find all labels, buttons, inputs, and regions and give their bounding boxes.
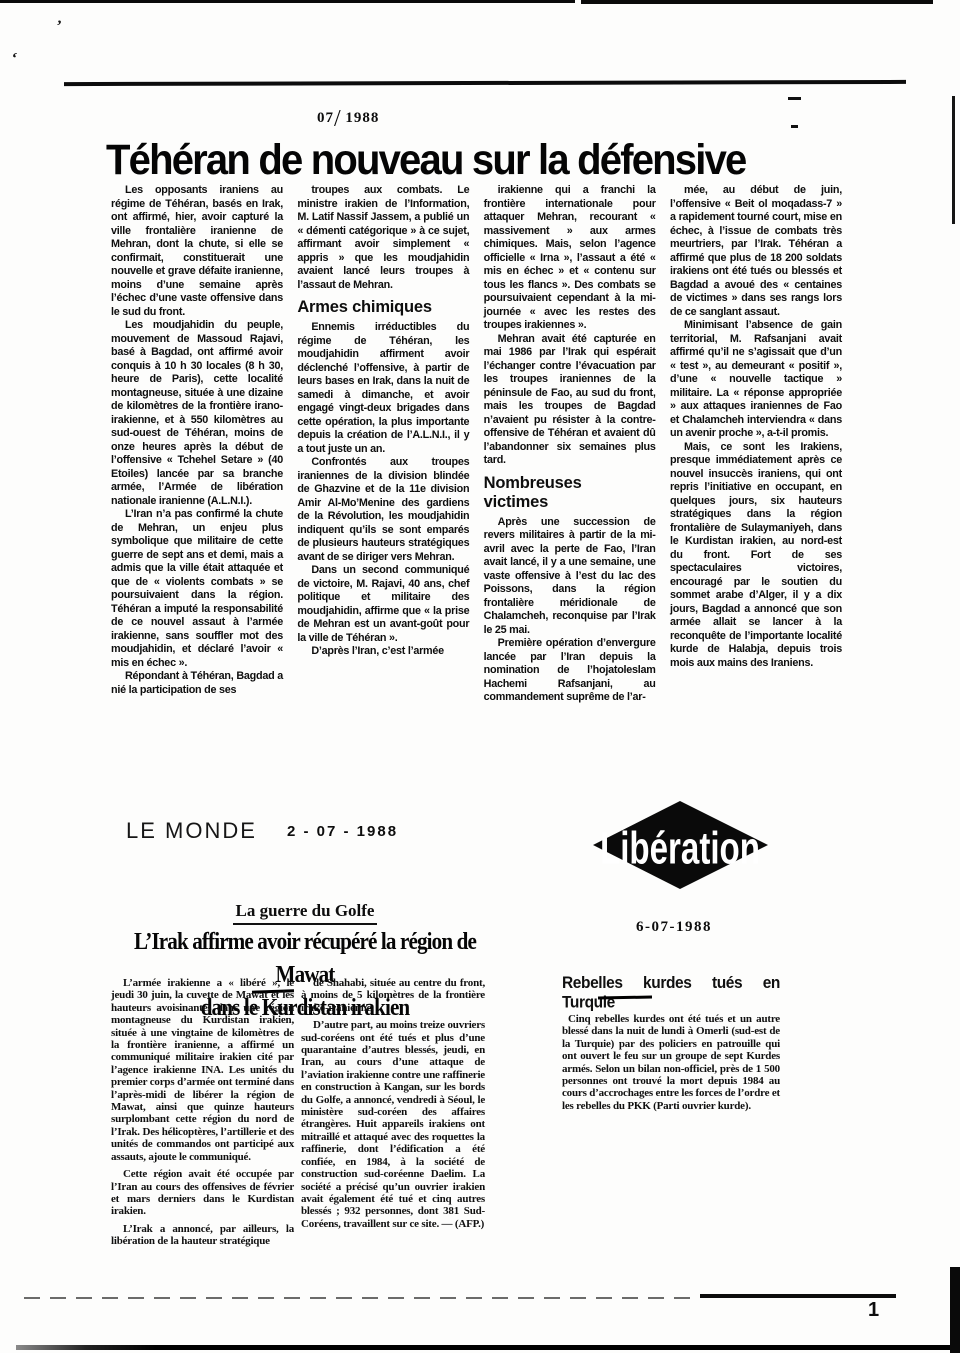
lemonde-date: 2 - 07 - 1988 [287, 823, 398, 840]
article-paragraph: Cette région avait été occupée par l’Ira… [111, 1168, 294, 1218]
ink-mark [791, 125, 798, 128]
article-paragraph: Minimisant l’absence de gain territorial… [670, 319, 842, 441]
newspaper-page: ’ ‘ 07/ 1988 Téhéran de nouveau sur la d… [0, 0, 960, 1353]
article-paragraph: L’armée irakienne a « libéré », le jeudi… [111, 977, 294, 1163]
page-folio: 07/ 1988 [317, 106, 379, 133]
liberation-column-3: Rebelles kurdes tués en Turquie Cinq reb… [562, 974, 780, 1112]
folio-month: 07 [317, 110, 334, 126]
article-paragraph: de Shahabi, située au centre du front, à… [301, 977, 485, 1014]
subhead-line: victimes [484, 493, 548, 511]
article-paragraph: irakienne qui a franchi la frontière int… [484, 184, 656, 333]
ink-speck: ’ [55, 18, 63, 37]
scan-edge-bar [950, 1267, 960, 1353]
article-paragraph: L’Iran n’a pas confirmé la chute de Mehr… [111, 508, 283, 670]
source-lemonde: LE MONDE [126, 818, 257, 844]
article-paragraph: mée, au début de juin, l’offensive « Bei… [670, 184, 842, 319]
article-paragraph: Première opération d’envergure lancée pa… [484, 637, 656, 705]
logo-text: Libération [600, 822, 760, 874]
liberation-logo: Libération [593, 799, 768, 891]
article-paragraph: Les opposants iraniens au régime de Téhé… [111, 184, 283, 319]
ink-mark [788, 97, 801, 100]
article-paragraph: Mehran avait été capturée en mai 1986 pa… [484, 333, 656, 468]
liberation-date: 6-07-1988 [636, 919, 712, 936]
footer-rule [700, 1294, 896, 1298]
article-paragraph: Dans un second communiqué de victoire, M… [297, 564, 469, 645]
folio-slash: / [334, 106, 341, 132]
article-column-1: Les opposants iraniens au régime de Téhé… [111, 184, 283, 705]
footer-dotted-line [24, 1297, 700, 1299]
article-paragraph: troupes aux combats. Le ministre irakien… [297, 184, 469, 292]
scan-edge-line [581, 0, 933, 4]
article-paragraph: Mais, ce sont les Irakiens, presque immé… [670, 441, 842, 671]
article-paragraph: Les moudjahidin du peuple, mouvement de … [111, 319, 283, 508]
folio-year: 1988 [345, 110, 379, 126]
rubric: La guerre du Golfe [95, 901, 515, 921]
article-paragraph: D’après l’Iran, c’est l’armée [297, 645, 469, 659]
subhead-line: Nombreuses [484, 474, 582, 492]
section-subhead: Armes chimiques [297, 298, 469, 317]
horizontal-rule [64, 80, 906, 86]
rubric-label: La guerre du Golfe [233, 901, 378, 925]
article-paragraph: Répondant à Téhéran, Bagdad a nié la par… [111, 670, 283, 697]
liberation-column-1: L’armée irakienne a « libéré », le jeudi… [111, 977, 294, 1253]
article-column-2: troupes aux combats. Le ministre irakien… [297, 184, 469, 705]
article-paragraph: Confrontés aux troupes iraniennes de la … [297, 456, 469, 564]
lemonde-headline: Téhéran de nouveau sur la défensive [106, 137, 866, 185]
ink-speck: ‘ [9, 50, 19, 69]
article-paragraph: Cinq rebelles kurdes ont été tués et un … [562, 1013, 780, 1112]
scan-edge-line [0, 0, 575, 3]
article-paragraph: L’Irak a annoncé, par ailleurs, la libér… [111, 1223, 294, 1248]
article-paragraph: D’autre part, au moins treize ouvriers s… [301, 1019, 485, 1230]
brief-headline: Rebelles kurdes tués en Turquie [562, 974, 780, 1013]
page-number: 1 [868, 1299, 879, 1322]
scan-edge-bar [16, 1345, 960, 1350]
scan-edge-line [952, 96, 955, 224]
liberation-column-2: de Shahabi, située au centre du front, à… [301, 977, 485, 1235]
section-subhead: Nombreusesvictimes [484, 474, 656, 512]
article-column-3: irakienne qui a franchi la frontière int… [484, 184, 656, 705]
article-column-4: mée, au début de juin, l’offensive « Bei… [670, 184, 842, 705]
article-paragraph: Après une succession de revers militaire… [484, 516, 656, 638]
lemonde-article-body: Les opposants iraniens au régime de Téhé… [111, 184, 842, 705]
article-paragraph: Ennemis irréductibles du régime de Téhér… [297, 321, 469, 456]
